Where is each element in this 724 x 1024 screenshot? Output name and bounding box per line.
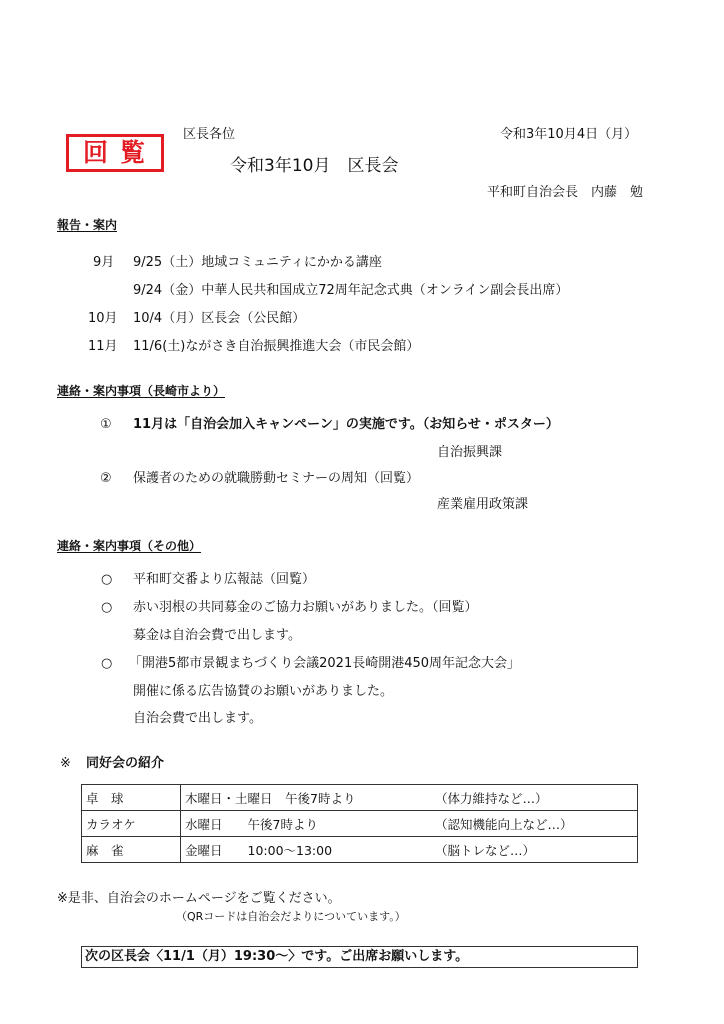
bullet-circle-icon: ○ — [101, 656, 112, 672]
club-note: （脳トレなど…） — [435, 841, 633, 859]
report-month: 9月 — [93, 255, 114, 271]
club-schedule: 木曜日・土曜日 午後7時より — [185, 789, 435, 807]
other-notice-line: 平和町交番より広報誌（回覧） — [133, 572, 315, 588]
report-month: 11月 — [88, 339, 118, 355]
notice-department: 産業雇用政策課 — [437, 497, 528, 513]
reference-mark-icon: ※ — [60, 756, 71, 772]
report-item: 11/6(土)ながさき自治振興推進大会（市民会館） — [133, 339, 419, 355]
clubs-table: 卓 球 木曜日・土曜日 午後7時より （体力維持など…） カラオケ 水曜日 午後… — [81, 784, 638, 863]
notice-item: 11月は「自治会加入キャンペーン」の実施です。（お知らせ・ポスター） — [133, 417, 559, 433]
sender: 平和町自治会長 内藤 勉 — [487, 185, 643, 201]
other-notice-line: 「開港5都市景観まちづくり会議2021長崎開港450周年記念大会」 — [129, 656, 520, 672]
page-title: 令和3年10月 区長会 — [230, 156, 398, 176]
club-note: （体力維持など…） — [435, 789, 633, 807]
table-row: 麻 雀 金曜日 10:00～13:00 （脳トレなど…） — [82, 837, 638, 863]
next-meeting-box: 次の区長会〈11/1（月）19:30～〉です。ご出席お願いします。 — [81, 946, 638, 968]
report-item: 9/25（土）地域コミュニティにかかる講座 — [133, 255, 382, 271]
table-row: カラオケ 水曜日 午後7時より （認知機能向上など…） — [82, 811, 638, 837]
circulation-stamp: 回覧 — [66, 134, 164, 172]
qr-note: （QRコードは自治会だよりについています。） — [176, 910, 406, 924]
club-schedule: 金曜日 10:00～13:00 — [185, 841, 435, 859]
section-heading-city-notices: 連絡・案内事項（長崎市より） — [57, 384, 225, 399]
document-date: 令和3年10月4日（月） — [500, 127, 637, 143]
report-month: 10月 — [88, 311, 118, 327]
bullet-circle-icon: ○ — [101, 572, 112, 588]
club-name: 卓 球 — [82, 785, 181, 811]
section-heading-reports: 報告・案内 — [57, 218, 117, 233]
report-item: 9/24（金）中華人民共和国成立72周年記念式典（オンライン副会長出席） — [133, 283, 568, 299]
club-schedule: 水曜日 午後7時より — [185, 815, 435, 833]
report-item: 10/4（月）区長会（公民館） — [133, 311, 305, 327]
notice-department: 自治振興課 — [437, 445, 502, 461]
other-notice-line: 赤い羽根の共同募金のご協力お願いがありました。（回覧） — [133, 600, 478, 616]
addressee: 区長各位 — [183, 127, 235, 143]
club-details: 水曜日 午後7時より （認知機能向上など…） — [181, 811, 638, 837]
club-name: カラオケ — [82, 811, 181, 837]
club-note: （認知機能向上など…） — [435, 815, 633, 833]
notice-marker: ② — [100, 471, 112, 487]
club-details: 木曜日・土曜日 午後7時より （体力維持など…） — [181, 785, 638, 811]
other-notice-line: 開催に係る広告協賛のお願いがありました。 — [133, 684, 393, 700]
homepage-note: ※是非、自治会のホームページをご覧ください。 — [57, 891, 341, 907]
club-name: 麻 雀 — [82, 837, 181, 863]
table-row: 卓 球 木曜日・土曜日 午後7時より （体力維持など…） — [82, 785, 638, 811]
bullet-circle-icon: ○ — [101, 600, 112, 616]
section-heading-other-notices: 連絡・案内事項（その他） — [57, 539, 201, 554]
other-notice-line: 自治会費で出します。 — [133, 711, 262, 727]
notice-marker: ① — [100, 417, 112, 433]
other-notice-line: 募金は自治会費で出します。 — [133, 628, 301, 644]
club-details: 金曜日 10:00～13:00 （脳トレなど…） — [181, 837, 638, 863]
notice-item: 保護者のための就職勝動セミナーの周知（回覧） — [133, 471, 419, 487]
section-heading-clubs: 同好会の紹介 — [86, 756, 164, 772]
